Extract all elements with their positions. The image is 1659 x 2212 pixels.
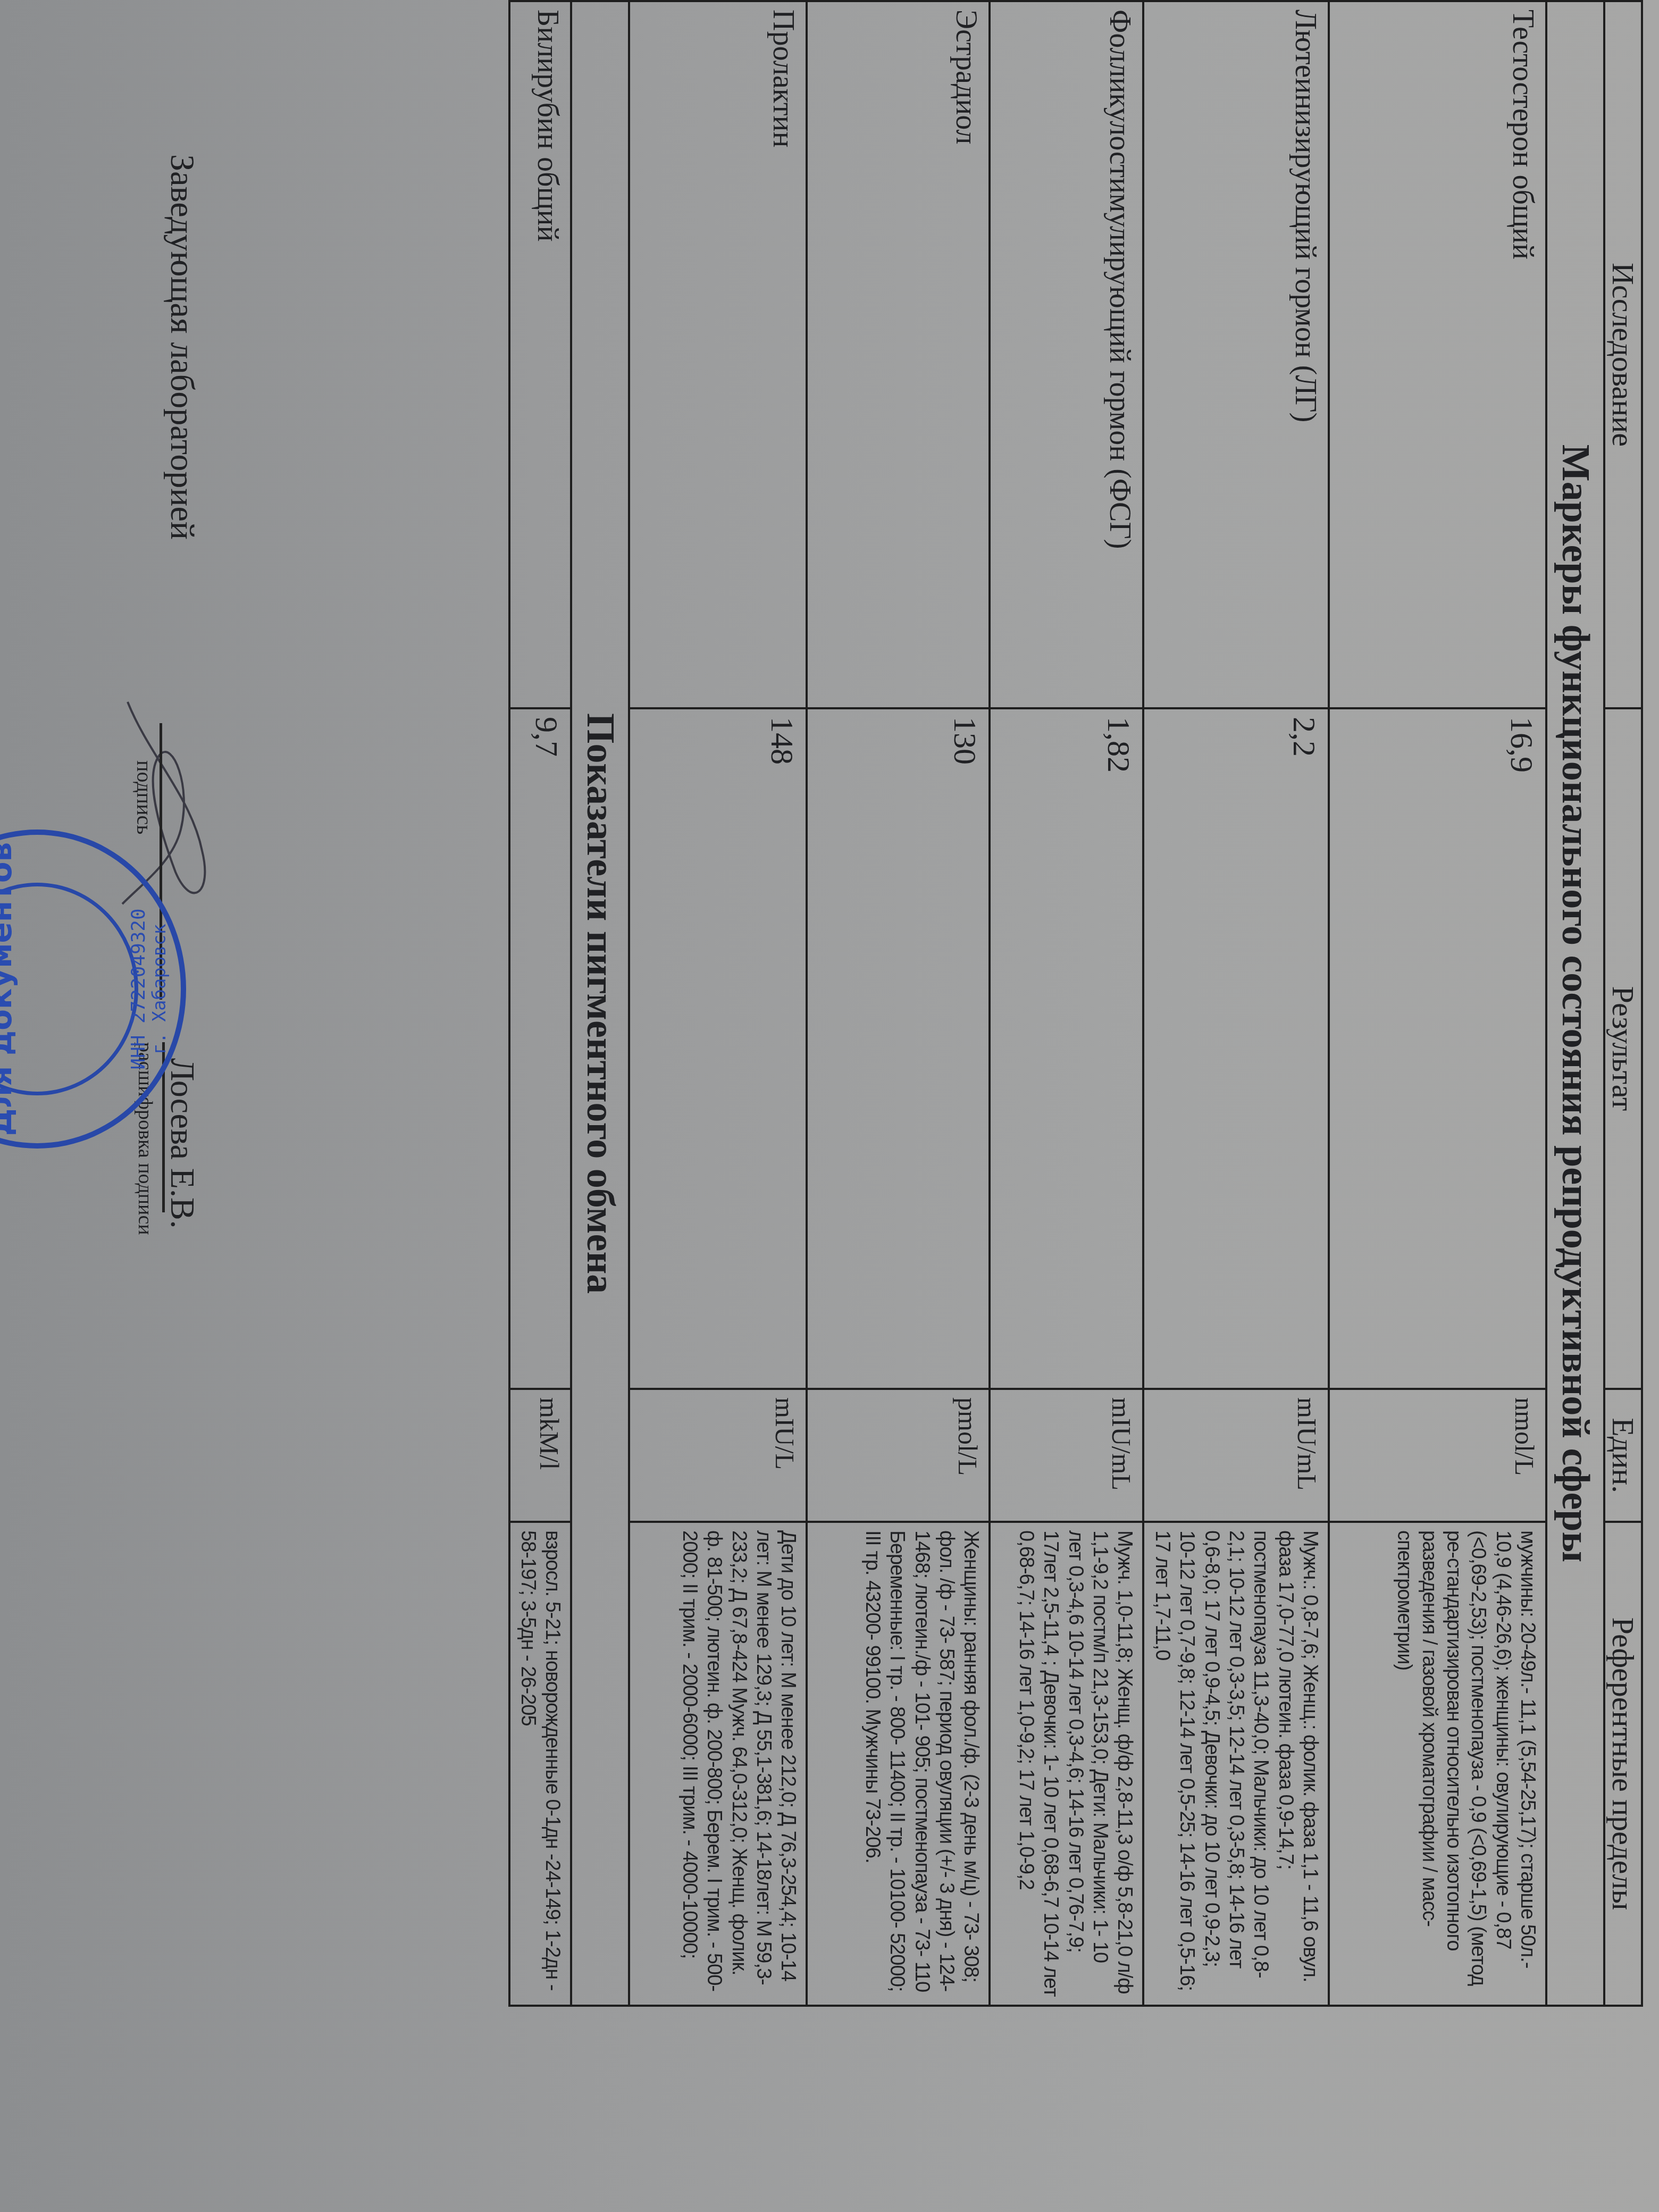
stamp-city: г. Хабаровск	[149, 835, 170, 1143]
table-row: Эстрадиол 130 pmol/L Женщины: ранняя фол…	[807, 1, 990, 2006]
table-row: Пролактин 148 mIU/L Дети до 10 лет: М ме…	[629, 1, 807, 2006]
stamp-inner-ring	[0, 883, 138, 1095]
table-row: Тестостерон общий 16,9 nmol/L мужчины: 2…	[1329, 1, 1546, 2006]
section-header-pigment: Показатели пигментного обмена	[571, 1, 629, 2006]
test-result: 148	[629, 708, 807, 1389]
test-unit: mIU/mL	[990, 1389, 1143, 1522]
test-result: 16,9	[1329, 708, 1546, 1389]
table-header-row: Исследование Результат Един. Референтные…	[1604, 1, 1642, 2006]
column-header-unit: Един.	[1604, 1389, 1642, 1522]
test-name: Фолликулостимулирующий гормон (ФСГ)	[990, 1, 1143, 708]
stamp-center-text: Для документов	[0, 835, 18, 1143]
test-unit: mkM/l	[509, 1389, 572, 1522]
table-row: Билирубин общий 9,7 mkM/l взросл. 5-21; …	[509, 1, 572, 2006]
test-name: Эстрадиол	[807, 1, 990, 708]
test-reference: взросл. 5-21; новорожденные 0-1дн -24-14…	[509, 1522, 572, 2006]
test-result: 1,82	[990, 708, 1143, 1389]
table-row: Лютеинизирующий гормон (ЛГ) 2,2 mIU/mL М…	[1143, 1, 1329, 2006]
test-reference: Мужч.: 0,8-7,6; Женщ.: фолик. фаза 1,1 -…	[1143, 1522, 1329, 2006]
test-result: 9,7	[509, 708, 572, 1389]
section-title: Маркеры функционального состояния репрод…	[1546, 1, 1604, 2006]
lab-results-document: Исследование Результат Един. Референтные…	[0, 0, 1659, 2212]
results-table: Исследование Результат Един. Референтные…	[508, 0, 1643, 2007]
test-unit: nmol/L	[1329, 1389, 1546, 1522]
signatory-label: Заведующая лабораторией	[163, 154, 202, 540]
table-row: Фолликулостимулирующий гормон (ФСГ) 1,82…	[990, 1, 1143, 2006]
signature-block: Заведующая лабораторией подпись Лосева Е…	[0, 0, 223, 2021]
organization-stamp: Общество с ограниченной ответственностью…	[0, 829, 186, 1149]
column-header-reference: Референтные пределы	[1604, 1522, 1642, 2006]
test-reference: мужчины: 20-49л.- 11,1 (5,54-25,17); ста…	[1329, 1522, 1546, 2006]
section-title: Показатели пигментного обмена	[571, 1, 629, 2006]
test-name: Пролактин	[629, 1, 807, 708]
test-reference: Женщины: ранняя фол./ф. (2-3 день м/ц) -…	[807, 1522, 990, 2006]
test-result: 2,2	[1143, 708, 1329, 1389]
stamp-inn: ИНН 2722049320	[128, 835, 149, 1143]
test-reference: Мужч. 1,0-11,8; Женщ. ф/ф 2,8-11,3 о/ф 5…	[990, 1522, 1143, 2006]
signature-caption: подпись	[132, 760, 157, 834]
test-reference: Дети до 10 лет: М менее 212,0; Д 76,3-25…	[629, 1522, 807, 2006]
column-header-result: Результат	[1604, 708, 1642, 1389]
test-name: Лютеинизирующий гормон (ЛГ)	[1143, 1, 1329, 708]
test-name: Тестостерон общий	[1329, 1, 1546, 708]
test-unit: mIU/mL	[1143, 1389, 1329, 1522]
test-result: 130	[807, 708, 990, 1389]
column-header-test: Исследование	[1604, 1, 1642, 708]
test-name: Билирубин общий	[509, 1, 572, 708]
section-header-reproductive: Маркеры функционального состояния репрод…	[1546, 1, 1604, 2006]
test-unit: mIU/L	[629, 1389, 807, 1522]
test-unit: pmol/L	[807, 1389, 990, 1522]
